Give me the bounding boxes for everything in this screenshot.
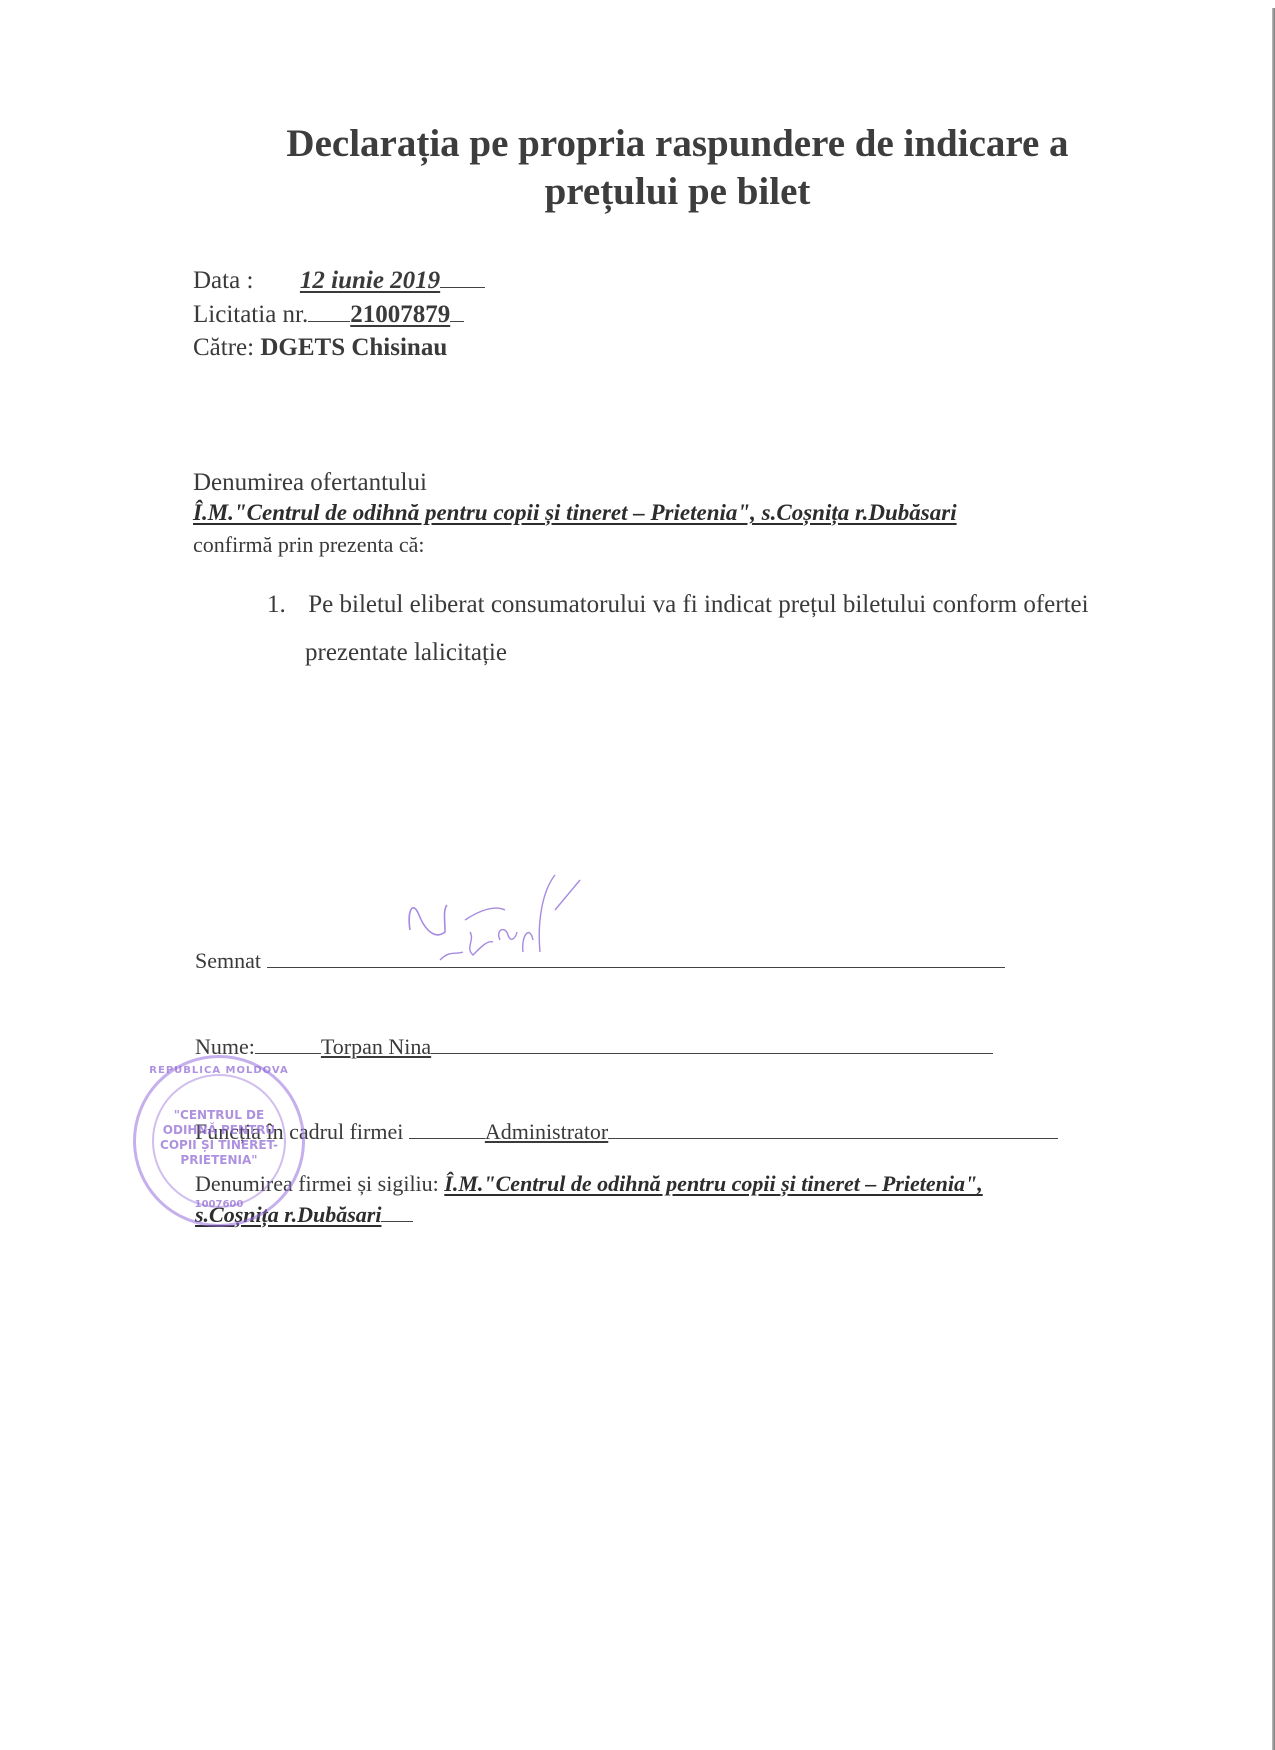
signed-field: Semnat [195,945,1005,976]
date-label: Data : [193,267,253,294]
position-value: Administrator [485,1119,608,1144]
signature-line [267,945,1005,968]
tender-number-field: Licitatia nr.21007879 [193,299,464,330]
signed-label: Semnat [195,948,261,973]
company-seal-value-line-2: s.Coșnița r.Dubăsari [195,1202,381,1227]
tender-underline-left [308,299,350,322]
position-field: Funcția în cadrul firmei Administrator [195,1116,1058,1147]
position-label: Funcția în cadrul firmei [195,1119,403,1144]
tender-label: Licitatia nr. [193,301,308,328]
name-field: Nume:Torpan Nina [195,1031,993,1062]
statement-item: 1. Pe biletul eliberat consumatorului va… [267,590,1089,620]
tender-value: 21007879 [350,301,450,328]
name-underline-left [255,1031,321,1054]
statement-line-2: prezentate lalicitație [305,638,507,668]
position-underline-right [608,1116,1058,1139]
document-title-line-1: Declarația pe propria raspundere de indi… [40,120,1275,168]
company-seal-label: Denumirea firmei și sigiliu: [195,1171,439,1196]
recipient-label: Către: [193,334,254,361]
date-field: Data : 12 iunie 2019 [193,265,485,296]
position-underline-left [409,1116,485,1139]
name-underline-right [431,1031,993,1054]
company-seal-underline [381,1199,413,1222]
document-title-line-2: prețului pe bilet [40,168,1275,216]
name-label: Nume: [195,1034,255,1059]
bidder-name: Î.M."Centrul de odihnă pentru copii și t… [193,498,957,528]
date-value: 12 iunie 2019 [300,267,440,294]
date-underline [440,265,485,288]
bidder-label: Denumirea ofertantului [193,468,427,498]
statement-number: 1. [267,591,286,618]
company-seal-field-line-2: s.Coșnița r.Dubăsari [195,1199,413,1230]
statement-line-1: Pe biletul eliberat consumatorului va fi… [308,591,1088,618]
stamp-arc-text: REPUBLICA MOLDOVA [136,1064,302,1078]
tender-underline-right [450,299,464,322]
stamp-line-4: PRIETENIA" [136,1153,302,1167]
recipient-value: DGETS Chisinau [260,334,447,361]
company-seal-value-line-1: Î.M."Centrul de odihnă pentru copii și t… [444,1171,982,1196]
recipient-field: Către: DGETS Chisinau [193,333,447,363]
confirm-text: confirmă prin prezenta că: [193,530,424,560]
name-value: Torpan Nina [321,1034,431,1059]
company-seal-field: Denumirea firmei și sigiliu: Î.M."Centru… [195,1169,983,1199]
